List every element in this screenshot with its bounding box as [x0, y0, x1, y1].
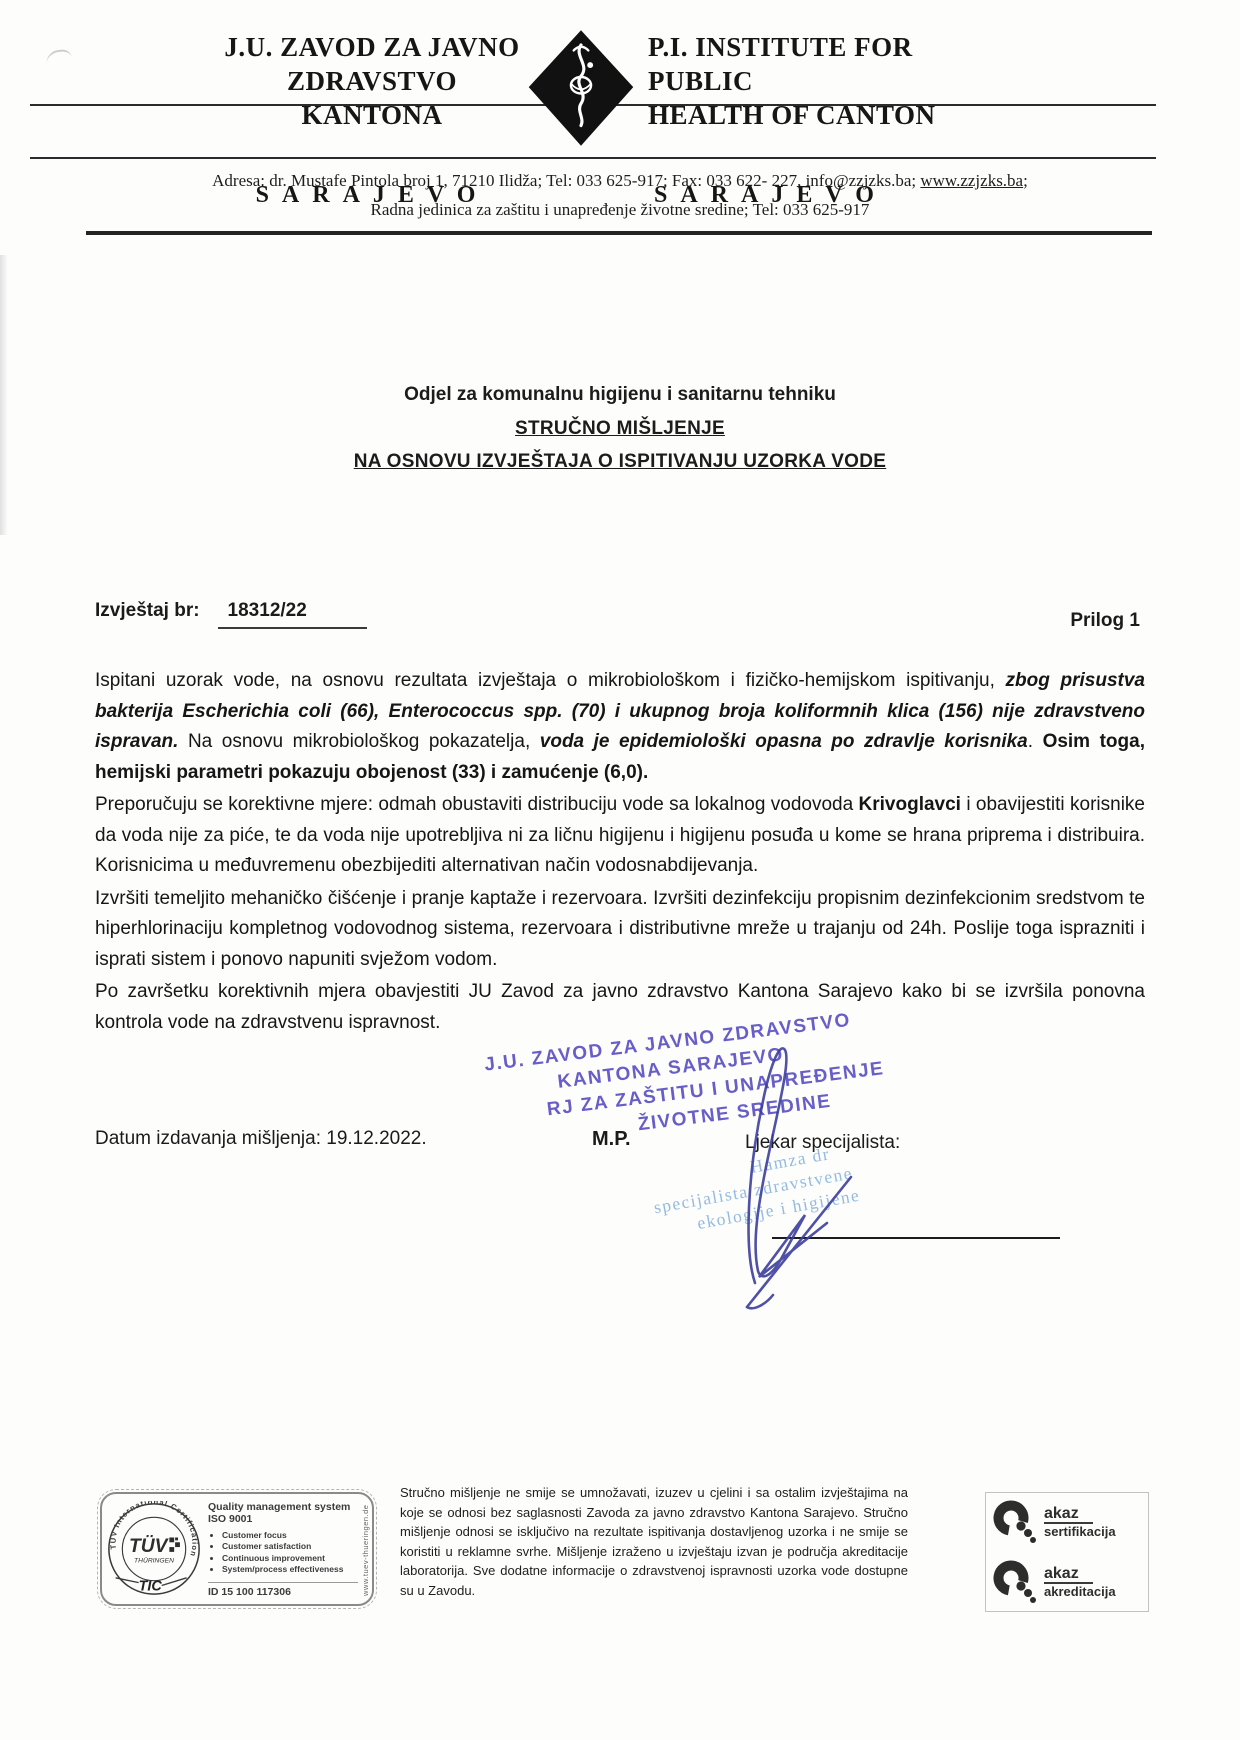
address-block: Adresa: dr. Mustafe Pintola broj 1, 7121…	[90, 166, 1150, 224]
paragraph-findings: Ispitani uzorak vode, na osnovu rezultat…	[95, 666, 1145, 788]
department-title: Odjel za komunalnu higijenu i sanitarnu …	[0, 384, 1240, 406]
akaz-certification-row: akaz sertifikacija	[992, 1499, 1142, 1545]
akaz-q-logo-icon	[992, 1559, 1038, 1605]
akaz-sub-label: akreditacija	[1044, 1584, 1116, 1599]
tic-text: TIC	[139, 1578, 163, 1594]
akaz-accreditation-row: akaz akreditacija	[992, 1559, 1142, 1605]
opinion-body: Ispitani uzorak vode, na osnovu rezultat…	[95, 666, 1145, 1040]
tuv-brand-text: TÜV	[129, 1536, 170, 1557]
org-right-line2: HEALTH OF CANTON	[648, 98, 958, 132]
paragraph-disinfection: Izvršiti temeljito mehaničko čišćenje i …	[95, 884, 1145, 976]
akaz-name: akaz	[1044, 1565, 1093, 1584]
footer-disclaimer: Stručno mišljenje ne smije se umnožavati…	[400, 1483, 908, 1600]
body-text-segment: Preporučuju se korektivne mjere: odmah o…	[95, 794, 859, 815]
body-text-segment: Na osnovu mikrobiološkog pokazatelja,	[178, 731, 539, 752]
tuv-brand-sub-text: THÜRINGEN	[134, 1556, 174, 1564]
qms-title: Quality management system	[208, 1501, 358, 1513]
tuv-website-vertical-text: www.tuev-thueringen.de	[361, 1502, 370, 1596]
akaz-words: akaz sertifikacija	[1044, 1505, 1116, 1539]
document-subheading: NA OSNOVU IZVJEŠTAJA O ISPITIVANJU UZORK…	[0, 451, 1240, 473]
akaz-name: akaz	[1044, 1505, 1093, 1524]
tuv-seal-icon: TÜV International Certification TÜV THÜR…	[106, 1501, 202, 1597]
document-heading: STRUČNO MIŠLJENJE	[0, 418, 1240, 440]
certificate-id: ID 15 100 117306	[208, 1582, 358, 1598]
body-text-segment: .	[1028, 731, 1043, 752]
document-title-block: Odjel za komunalnu higijenu i sanitarnu …	[0, 384, 1240, 484]
report-number-row: Izvještaj br:18312/22	[95, 600, 367, 629]
address-line2: Radna jedinica za zaštitu i unapređenje …	[90, 195, 1150, 224]
org-left-line2: ZDRAVSTVO KANTONA	[222, 64, 522, 132]
iso-label: ISO 9001	[208, 1513, 358, 1525]
address-text: Adresa: dr. Mustafe Pintola broj 1, 7121…	[212, 171, 920, 190]
org-left-line1: J.U. ZAVOD ZA JAVNO	[222, 30, 522, 64]
scanned-document-page: J.U. ZAVOD ZA JAVNO ZDRAVSTVO KANTONA SA…	[0, 0, 1240, 1740]
issue-date: Datum izdavanja mišljenja: 19.12.2022.	[95, 1128, 427, 1150]
paragraph-corrective-measures: Preporučuju se korektivne mjere: odmah o…	[95, 790, 1145, 882]
address-line1-end: ;	[1023, 171, 1028, 190]
tuv-bullet: Customer satisfaction	[222, 1541, 358, 1553]
report-number-value: 18312/22	[218, 600, 367, 629]
body-text-segment: Ispitani uzorak vode, na osnovu rezultat…	[95, 670, 1006, 691]
header-divider-bottom	[86, 231, 1152, 235]
website-link-text: www.zzjzks.ba	[920, 171, 1023, 190]
report-number-label: Izvještaj br:	[95, 600, 200, 621]
akaz-accreditation-badges: akaz sertifikacija akaz akreditacija	[985, 1492, 1149, 1612]
tuv-bullet: Continuous improvement	[222, 1553, 358, 1565]
address-line1: Adresa: dr. Mustafe Pintola broj 1, 7121…	[90, 166, 1150, 195]
org-right-line1: P.I. INSTITUTE FOR PUBLIC	[648, 30, 958, 98]
tuv-bullet: Customer focus	[222, 1530, 358, 1542]
letterhead: J.U. ZAVOD ZA JAVNO ZDRAVSTVO KANTONA SA…	[0, 0, 1240, 250]
water-supply-name: Krivoglavci	[859, 794, 961, 815]
tuv-text-column: Quality management system ISO 9001 Custo…	[208, 1501, 358, 1598]
body-text-emphasis: voda je epidemiološki opasna po zdravlje…	[540, 731, 1028, 752]
institute-logo-caduceus-diamond-icon	[526, 24, 636, 152]
akaz-words: akaz akreditacija	[1044, 1565, 1116, 1599]
header-divider-mid	[30, 157, 1156, 159]
annex-label: Prilog 1	[1070, 610, 1140, 632]
akaz-q-logo-icon	[992, 1499, 1038, 1545]
tuv-bullet-list: Customer focus Customer satisfaction Con…	[212, 1530, 358, 1576]
akaz-sub-label: sertifikacija	[1044, 1524, 1116, 1539]
mp-seal-placeholder: M.P.	[592, 1128, 631, 1151]
tuv-certification-badge: TÜV International Certification TÜV THÜR…	[100, 1492, 374, 1606]
paragraph-recontrol: Po završetku korektivnih mjera obavjesti…	[95, 977, 1145, 1038]
handwritten-signature	[655, 1015, 895, 1315]
tuv-emblem-icon	[169, 1537, 180, 1551]
tuv-bullet: System/process effectiveness	[222, 1564, 358, 1576]
